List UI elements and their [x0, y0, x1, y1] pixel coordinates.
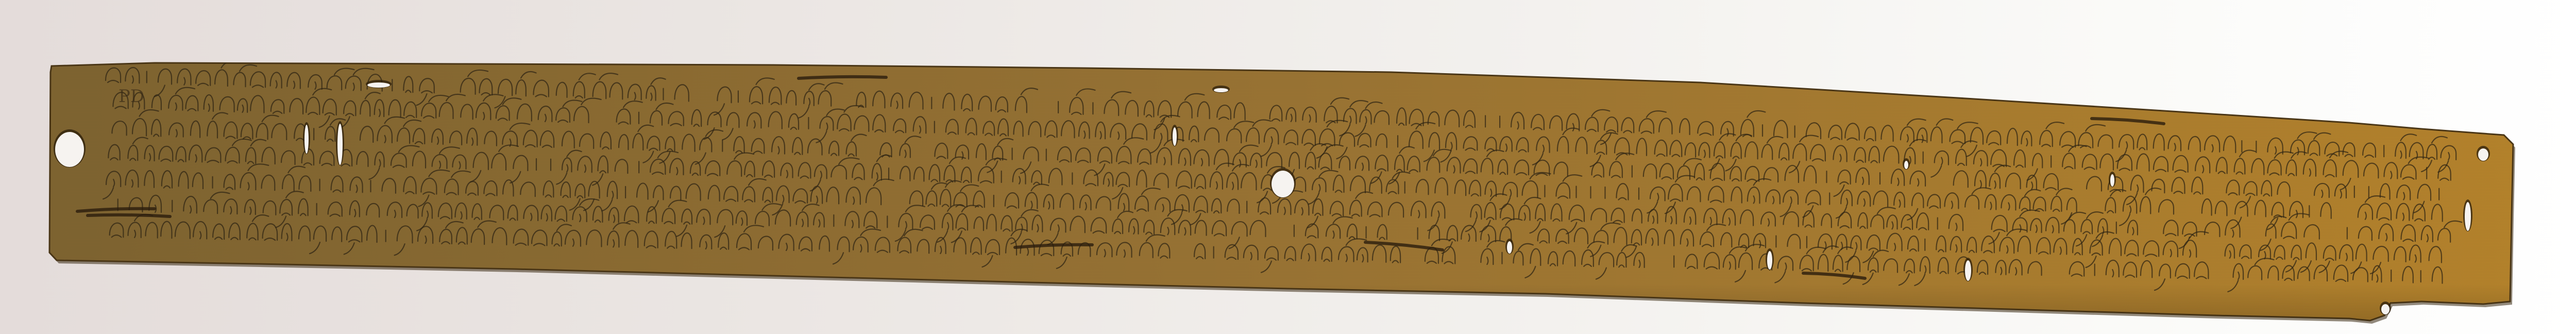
margin-note: PD: [118, 86, 144, 107]
manuscript-photo: PD Palm-leaf manuscript (single folio): [0, 0, 2576, 334]
worm-hole-2: [337, 124, 343, 165]
worm-hole-4: [1173, 127, 1177, 146]
worm-hole-9: [2465, 202, 2471, 231]
worm-hole-13: [1904, 161, 1908, 169]
worm-hole-6: [1767, 251, 1772, 270]
worm-hole-3: [367, 82, 390, 88]
worm-hole-8: [2110, 174, 2114, 187]
worm-hole-11: [2381, 304, 2389, 314]
worm-hole-12: [1507, 241, 1512, 254]
worm-hole-5: [1214, 88, 1228, 92]
damage-streak: [799, 77, 886, 78]
binding-hole-left: [55, 132, 84, 167]
worm-hole-7: [1965, 260, 1971, 281]
worm-hole-10: [2478, 148, 2488, 161]
palm-leaf: PD: [0, 0, 2576, 334]
binding-hole-center: [1272, 171, 1294, 197]
worm-hole-1: [304, 125, 309, 154]
damage-streak: [88, 215, 170, 216]
